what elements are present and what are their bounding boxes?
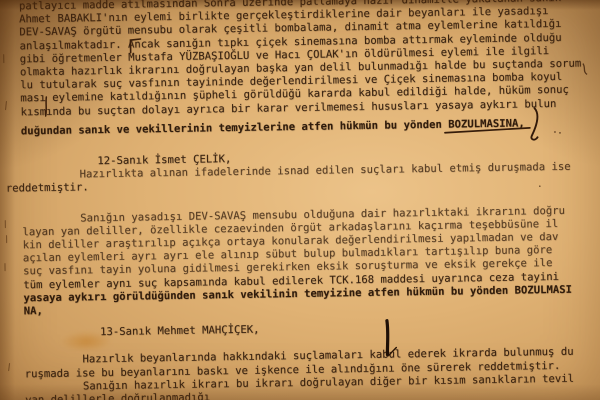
margin-tick-marks — [2, 55, 11, 371]
scanned-court-document-photo: { "document": { "description": "Aged typ… — [0, 0, 600, 400]
text-line-bozulmasina: duğundan sanık ve vekillerinin temyizler… — [21, 115, 600, 138]
document-page: patlayıcı madde atılmasından Sonra üzeri… — [0, 0, 600, 400]
